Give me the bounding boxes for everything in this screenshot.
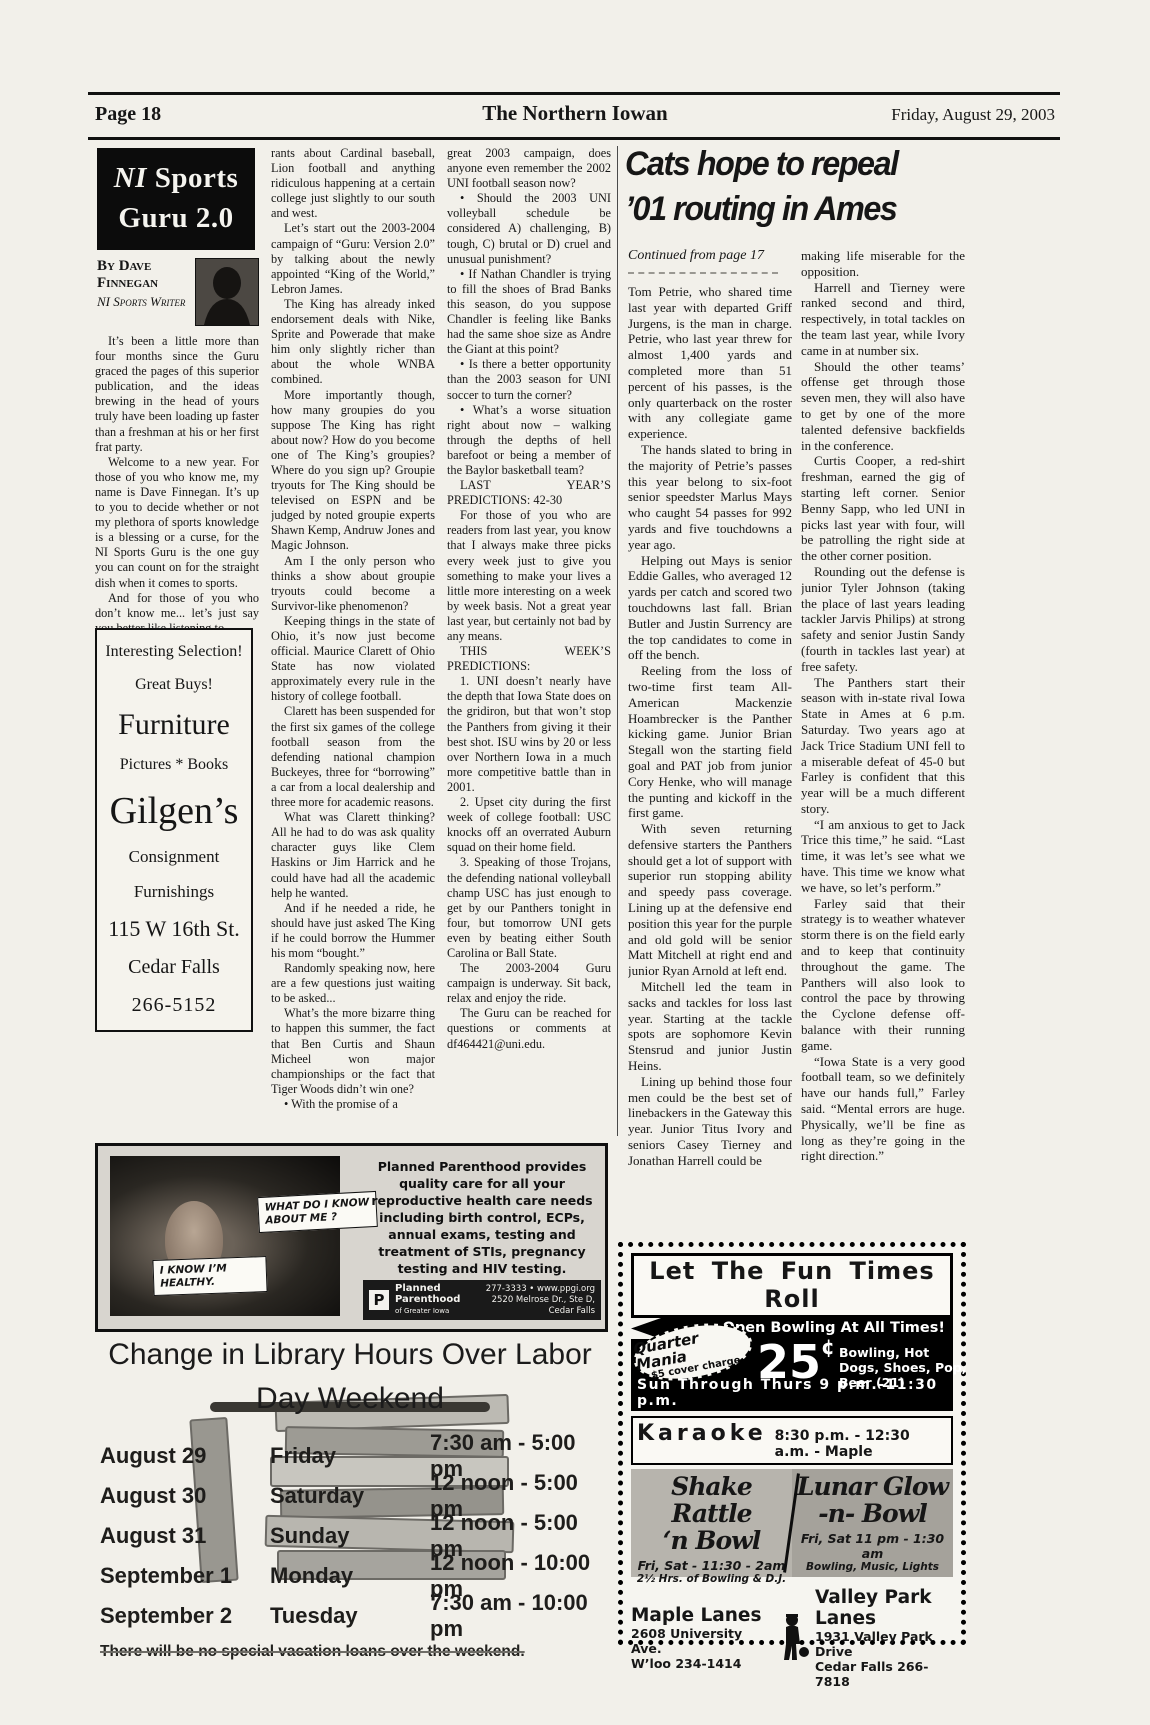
paragraph: Lining up behind those four men could be… xyxy=(628,1074,792,1169)
paragraph: Rounding out the defense is junior Tyler… xyxy=(801,564,965,675)
pp-logo-sub: of Greater Iowa xyxy=(395,1307,449,1315)
paragraph: What’s the more bizarre thing to happen … xyxy=(271,1006,435,1097)
paragraph: • With the promise of a xyxy=(271,1097,435,1112)
lunar-glow-event: Lunar Glow -n- Bowl Fri, Sat 11 pm - 1:3… xyxy=(792,1469,953,1577)
speech-bubble-2: I KNOW I’M HEALTHY. xyxy=(152,1256,267,1296)
row-day: Sunday xyxy=(270,1523,430,1549)
bowler-icon xyxy=(773,1612,811,1664)
guru-col3-text: great 2003 campaign, does anyone even re… xyxy=(447,146,611,1052)
bowling-ad-title: Let The Fun Times Roll xyxy=(631,1253,953,1318)
guru-col1-text: It’s been a little more than four months… xyxy=(95,334,259,656)
paragraph: making life miserable for the opposition… xyxy=(801,248,965,280)
event-schedule: Fri, Sat 11 pm - 1:30 am xyxy=(792,1531,953,1561)
gilgens-items: Pictures * Books xyxy=(120,756,228,774)
open-bowling-hours: Sun Through Thurs 9 p.m.-11:30 p.m. xyxy=(637,1377,953,1409)
paragraph: 2. Upset city during the first week of c… xyxy=(447,795,611,855)
venue-address: 2608 University Ave. xyxy=(631,1626,769,1656)
paragraph: • If Nathan Chandler is trying to fill t… xyxy=(447,267,611,358)
shake-rattle-event: Shake Rattle ‘n Bowl Fri, Sat - 11:30 - … xyxy=(631,1469,792,1577)
venues-row: Maple Lanes 2608 University Ave. W’loo 2… xyxy=(631,1587,953,1689)
row-day: Saturday xyxy=(270,1483,430,1509)
pp-phone-web: 277-3333 • www.ppgi.org xyxy=(479,1284,595,1295)
paragraph: • Is there a better opportunity than the… xyxy=(447,357,611,402)
byline: By Dave Finnegan xyxy=(97,258,183,292)
karaoke-bar: Karaoke 8:30 p.m. - 12:30 a.m. - Maple xyxy=(631,1416,953,1465)
paragraph: For those of you who are readers from la… xyxy=(447,508,611,644)
cats-headline: Cats hope to repeal ’01 routing in Ames xyxy=(625,142,953,232)
gilgens-address: 115 W 16th St. xyxy=(108,916,240,942)
row-date: August 29 xyxy=(100,1443,270,1469)
venue-name: Maple Lanes xyxy=(631,1605,769,1626)
pp-logo-strip: P Planned Parenthood of Greater Iowa 277… xyxy=(363,1280,601,1320)
paragraph: Clarett has been suspended for the first… xyxy=(271,704,435,810)
header-rule-bottom xyxy=(88,137,1060,140)
paragraph: THIS WEEK’S PREDICTIONS: xyxy=(447,644,611,674)
gilgens-ad: Interesting Selection! Great Buys! Furni… xyxy=(95,628,253,1032)
paragraph: • What’s a worse situation right about n… xyxy=(447,403,611,478)
paragraph: The Panthers start their season with in-… xyxy=(801,675,965,817)
paragraph: Tom Petrie, who shared time last year wi… xyxy=(628,284,792,442)
paragraph: great 2003 campaign, does anyone even re… xyxy=(447,146,611,191)
paragraph: 3. Speaking of those Trojans, the defend… xyxy=(447,855,611,961)
paragraph: Randomly speaking now, here are a few qu… xyxy=(271,961,435,1006)
row-date: September 2 xyxy=(100,1603,270,1629)
paragraph: “Iowa State is a very good football team… xyxy=(801,1054,965,1165)
pp-ad-body: Planned Parenthood provides quality care… xyxy=(363,1158,601,1277)
paragraph: Welcome to a new year. For those of you … xyxy=(95,455,259,591)
planned-parenthood-logo-icon: P xyxy=(369,1290,389,1310)
paragraph: “I am anxious to get to Jack Trice this … xyxy=(801,817,965,896)
price-band: Quarter Mania $5 cover charge 25¢ Bowlin… xyxy=(631,1339,953,1411)
row-day: Friday xyxy=(270,1443,430,1469)
venue-phone: W’loo 234-1414 xyxy=(631,1656,769,1671)
paragraph: What was Clarett thinking? All he had to… xyxy=(271,810,435,901)
guru-title-box: NI Sports Guru 2.0 xyxy=(97,148,255,250)
gilgens-line5: Consignment xyxy=(129,847,220,867)
library-title-line1: Change in Library Hours Over Labor xyxy=(94,1338,606,1372)
guru-column-2: rants about Cardinal baseball, Lion foot… xyxy=(271,146,435,1142)
karaoke-label: Karaoke xyxy=(637,1421,767,1446)
event-schedule: Fri, Sat - 11:30 - 2am xyxy=(631,1558,792,1573)
events-section: Shake Rattle ‘n Bowl Fri, Sat - 11:30 - … xyxy=(631,1469,953,1577)
newspaper-page: Page 18 The Northern Iowan Friday, Augus… xyxy=(0,0,1150,1725)
guru-title-ni: NI xyxy=(114,162,147,194)
paragraph: Curtis Cooper, a red-shirt freshman, ear… xyxy=(801,453,965,564)
continued-rule xyxy=(628,272,778,274)
paragraph: Reeling from the loss of two-time first … xyxy=(628,663,792,821)
guru-title-sports: Sports xyxy=(155,162,239,194)
paragraph: Harrell and Tierney were ranked second a… xyxy=(801,280,965,359)
paragraph: • Should the 2003 UNI volleyball schedul… xyxy=(447,191,611,266)
library-hours-ad: Change in Library Hours Over Labor Day W… xyxy=(90,1338,610,1683)
event-title-line1: Shake Rattle xyxy=(631,1473,792,1527)
library-hours-table: August 29 Friday 7:30 am - 5:00 pm Augus… xyxy=(100,1436,600,1636)
event-detail: 2½ Hrs. of Bowling & D.J. xyxy=(631,1573,792,1585)
event-title-line1: Lunar Glow xyxy=(792,1473,953,1500)
venue-name: Valley Park Lanes xyxy=(815,1587,953,1629)
row-day: Tuesday xyxy=(270,1603,430,1629)
paragraph: The 2003-2004 Guru campaign is underway.… xyxy=(447,961,611,1006)
paper-title: The Northern Iowan xyxy=(335,101,815,126)
gilgens-tagline1: Interesting Selection! xyxy=(105,643,242,661)
paragraph: And if he needed a ride, he should have … xyxy=(271,901,435,961)
paragraph: rants about Cardinal baseball, Lion foot… xyxy=(271,146,435,221)
paragraph: Let’s start out the 2003-2004 campaign o… xyxy=(271,221,435,296)
paragraph: Farley said that their strategy is to we… xyxy=(801,896,965,1054)
cats-headline-line1: Cats hope to repeal xyxy=(625,142,953,187)
event-title-line2: -n- Bowl xyxy=(792,1500,953,1527)
venue-address: 1931 Valley Park Drive xyxy=(815,1629,953,1659)
paragraph: It’s been a little more than four months… xyxy=(95,334,259,455)
speech-bubble-1: WHAT DO I KNOW ABOUT ME ? xyxy=(257,1191,378,1233)
venue-phone: Cedar Falls 266-7818 xyxy=(815,1659,953,1689)
valley-park-lanes-venue: Valley Park Lanes 1931 Valley Park Drive… xyxy=(815,1587,953,1689)
paragraph: Mitchell led the team in sacks and tackl… xyxy=(628,979,792,1074)
gilgens-product: Furniture xyxy=(118,708,230,742)
event-detail: Bowling, Music, Lights xyxy=(792,1561,953,1573)
paragraph: The Guru can be reached for questions or… xyxy=(447,1006,611,1051)
row-day: Monday xyxy=(270,1563,430,1589)
header-rule-top xyxy=(88,92,1060,95)
row-time: 7:30 am - 10:00 pm xyxy=(430,1590,600,1642)
continued-note: Continued from page 17 xyxy=(628,248,764,264)
library-title-line2: Day Weekend xyxy=(94,1382,606,1416)
paragraph: LAST YEAR’S PREDICTIONS: 42-30 xyxy=(447,478,611,508)
paragraph: More importantly though, how many groupi… xyxy=(271,388,435,554)
table-row: September 2 Tuesday 7:30 am - 10:00 pm xyxy=(100,1596,600,1636)
masthead: Page 18 The Northern Iowan Friday, Augus… xyxy=(95,101,1055,133)
karaoke-hours: 8:30 p.m. - 12:30 a.m. - Maple xyxy=(775,1428,947,1460)
gilgens-city: Cedar Falls xyxy=(128,956,220,979)
guru-title-line2: Guru 2.0 xyxy=(101,198,251,238)
bowling-ad: Let The Fun Times Roll Open Bowling At A… xyxy=(618,1242,966,1645)
author-photo xyxy=(195,258,259,326)
paragraph: Should the other teams’ offense get thro… xyxy=(801,359,965,454)
planned-parenthood-ad: WHAT DO I KNOW ABOUT ME ? I KNOW I’M HEA… xyxy=(95,1143,608,1332)
gilgens-tagline2: Great Buys! xyxy=(135,676,213,694)
event-title-line2: ‘n Bowl xyxy=(631,1527,792,1554)
cats-column-2: making life miserable for the opposition… xyxy=(801,248,965,1230)
gilgens-line6: Furnishings xyxy=(134,882,214,902)
maple-lanes-venue: Maple Lanes 2608 University Ave. W’loo 2… xyxy=(631,1605,769,1671)
paragraph: The hands slated to bring in the majorit… xyxy=(628,442,792,553)
paragraph: The King has already inked endorsement d… xyxy=(271,297,435,388)
cats-headline-line2: ’01 routing in Ames xyxy=(625,187,953,232)
row-date: August 30 xyxy=(100,1483,270,1509)
paragraph: Helping out Mays is senior Eddie Galles,… xyxy=(628,553,792,664)
gilgens-phone: 266-5152 xyxy=(132,994,217,1017)
paragraph: Am I the only person who thinks a show a… xyxy=(271,554,435,614)
row-date: September 1 xyxy=(100,1563,270,1589)
guru-column-3: great 2003 campaign, does anyone even re… xyxy=(447,146,611,1142)
guru-col2-text: rants about Cardinal baseball, Lion foot… xyxy=(271,146,435,1112)
pp-address: 2520 Melrose Dr., Ste D, Cedar Falls xyxy=(479,1295,595,1317)
page-number: Page 18 xyxy=(95,103,335,126)
byline-role: NI Sports Writer xyxy=(97,294,185,309)
cats-column-1: Tom Petrie, who shared time last year wi… xyxy=(628,284,792,1230)
row-date: August 31 xyxy=(100,1523,270,1549)
paragraph: Keeping things in the state of Ohio, it’… xyxy=(271,614,435,705)
paragraph: 1. UNI doesn’t nearly have the depth tha… xyxy=(447,674,611,795)
pp-logo-name: Planned Parenthood xyxy=(395,1283,460,1305)
column-divider xyxy=(617,146,618,1136)
issue-date: Friday, August 29, 2003 xyxy=(815,105,1055,125)
library-footer-note: There will be no special vacation loans … xyxy=(100,1643,600,1661)
paragraph: With seven returning defensive starters … xyxy=(628,821,792,979)
byline-row: By Dave Finnegan NI Sports Writer xyxy=(97,258,259,326)
gilgens-name: Gilgen’s xyxy=(110,789,239,833)
